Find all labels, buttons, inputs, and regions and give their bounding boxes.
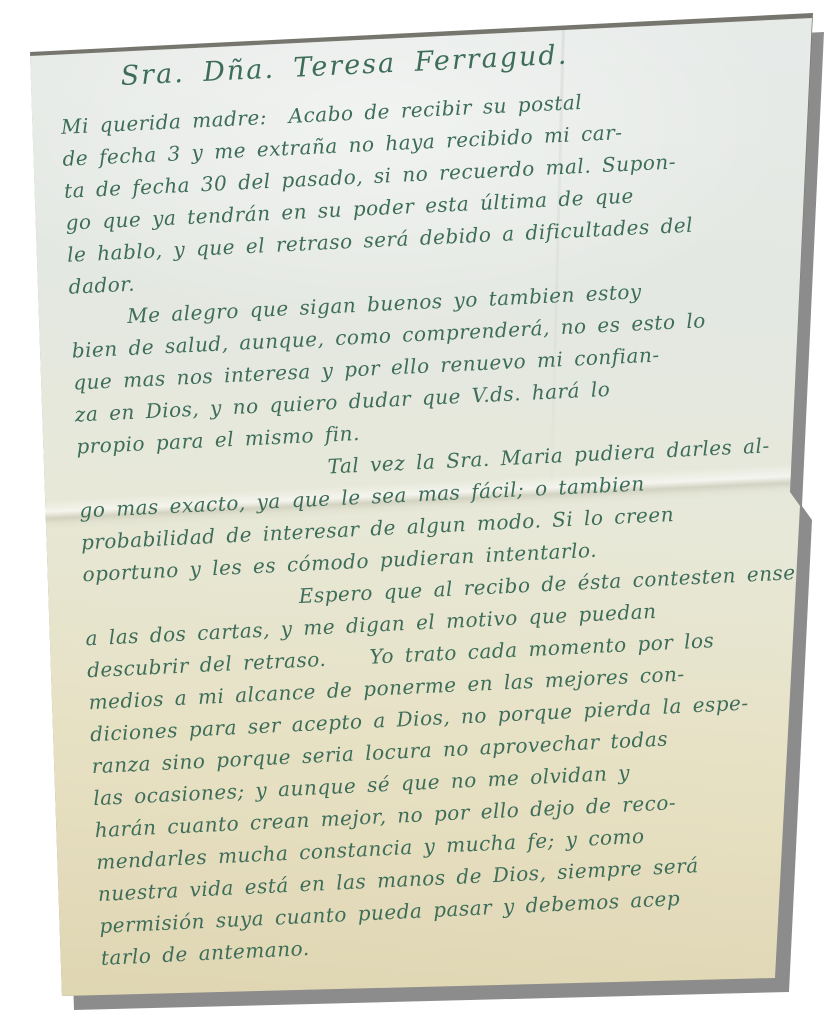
letter-content: Sra. Dña. Teresa Ferragud. Mi querida ma… [58, 29, 825, 974]
letter-paper: Sra. Dña. Teresa Ferragud. Mi querida ma… [0, 0, 835, 1024]
letter-body: Mi querida madre: Acabo de recibir su po… [60, 76, 825, 974]
scan-background: Sra. Dña. Teresa Ferragud. Mi querida ma… [0, 0, 835, 1024]
